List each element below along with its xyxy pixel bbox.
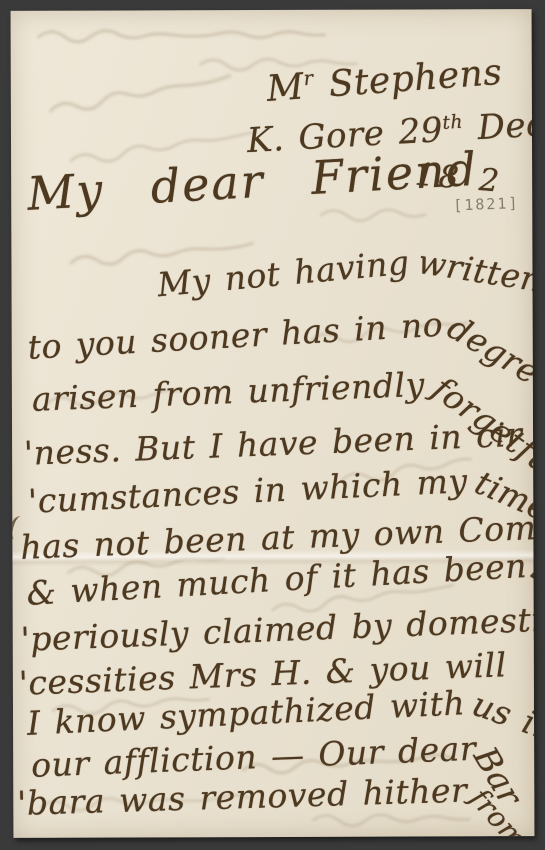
addressee-honorific: M <box>265 66 305 110</box>
dateline-day-superscript: th <box>442 112 464 134</box>
scanned-letter-page: Mr Stephens K. Gore 29th Decr 18 2 [1821… <box>0 0 545 850</box>
dateline-month: Dec <box>477 104 535 148</box>
addressee-honorific-superscript: r <box>303 67 315 91</box>
letter-paper: Mr Stephens K. Gore 29th Decr 18 2 [1821… <box>11 9 535 838</box>
pencil-date-annotation: [1821] <box>453 194 520 215</box>
